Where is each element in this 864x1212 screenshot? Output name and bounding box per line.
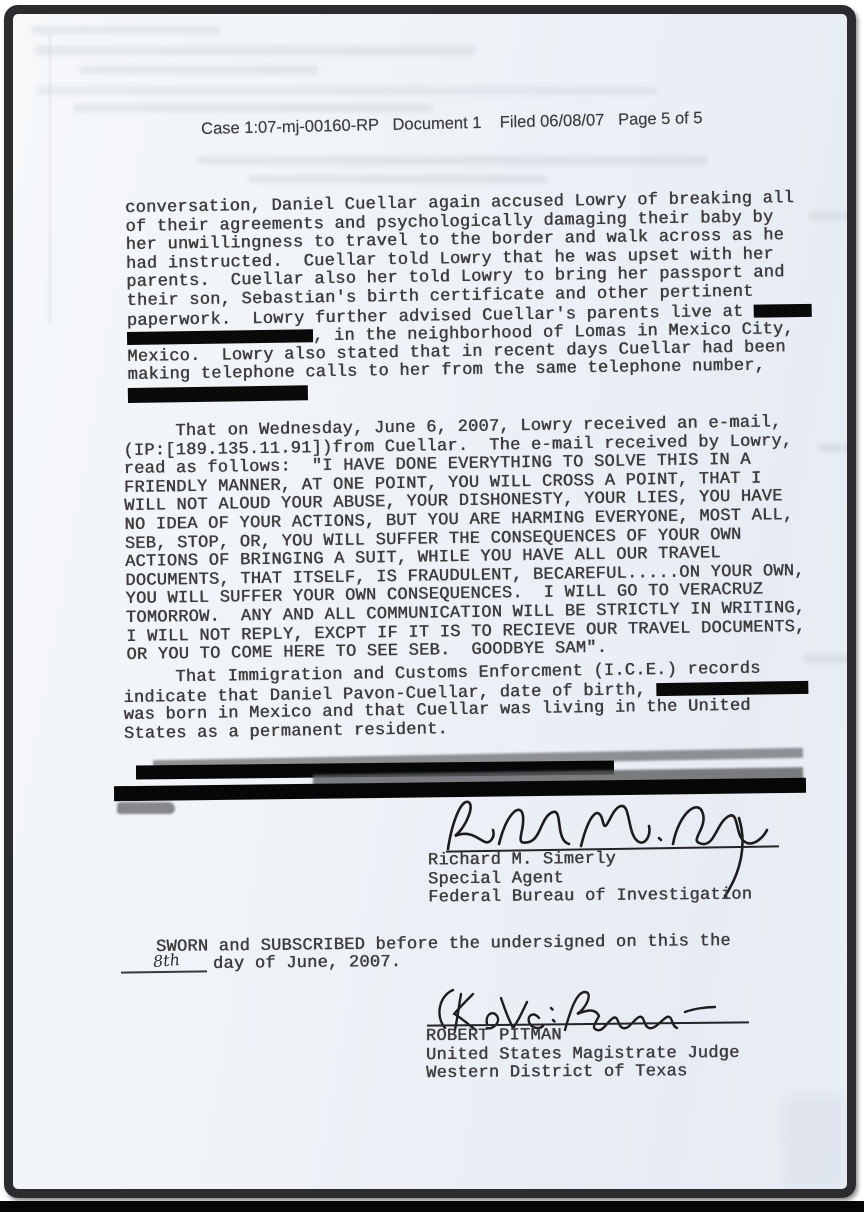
bleedthrough-mark [198, 156, 708, 165]
document-page: Case 1:07-mj-00160-RP Document 1 Filed 0… [13, 14, 847, 1189]
bleedthrough-mark [35, 46, 475, 55]
sworn-day-underline [121, 970, 207, 973]
handwritten-day: 8th [152, 950, 180, 971]
agent-signature-block: Richard M. Simerly Special Agent Federal… [428, 850, 752, 909]
photo-edge [0, 1201, 864, 1212]
affidavit-paragraph-3: That Immigration and Customs Enforcment … [123, 660, 809, 745]
redaction-bar [128, 385, 308, 403]
scan-frame: Case 1:07-mj-00160-RP Document 1 Filed 0… [4, 5, 856, 1198]
typed-text: States as a permanent resident. [124, 720, 448, 744]
redaction-bar [127, 329, 313, 345]
redaction-bar [656, 680, 808, 695]
affidavit-paragraph-2: That on Wednesday, June 6, 2007, Lowry r… [123, 414, 806, 666]
bleedthrough-mark [818, 444, 847, 452]
judge-org: Western District of Texas [426, 1063, 740, 1084]
judge-signature-block: ROBERT PITMAN United States Magistrate J… [426, 1026, 740, 1084]
redaction-bar [754, 303, 812, 317]
bleedthrough-mark [73, 104, 433, 112]
sworn-line-2: day of June, 2007. [213, 954, 401, 975]
ink-smudge [117, 802, 175, 814]
court-header: Case 1:07-mj-00160-RP Document 1 Filed 0… [201, 109, 703, 139]
page-shade [783, 1094, 847, 1189]
bleedthrough-mark [248, 175, 548, 183]
bleedthrough-mark [31, 26, 221, 34]
agent-org: Federal Bureau of Investigation [428, 887, 752, 908]
bleedthrough-mark [808, 212, 847, 220]
bleedthrough-mark [79, 66, 319, 74]
bleedthrough-mark [37, 86, 657, 95]
affidavit-paragraph-1: conversation, Daniel Cuellar again accus… [125, 190, 813, 405]
sworn-date: day of June, 2007. [213, 954, 401, 975]
fold-line [49, 34, 51, 324]
bleedthrough-mark [803, 654, 847, 663]
